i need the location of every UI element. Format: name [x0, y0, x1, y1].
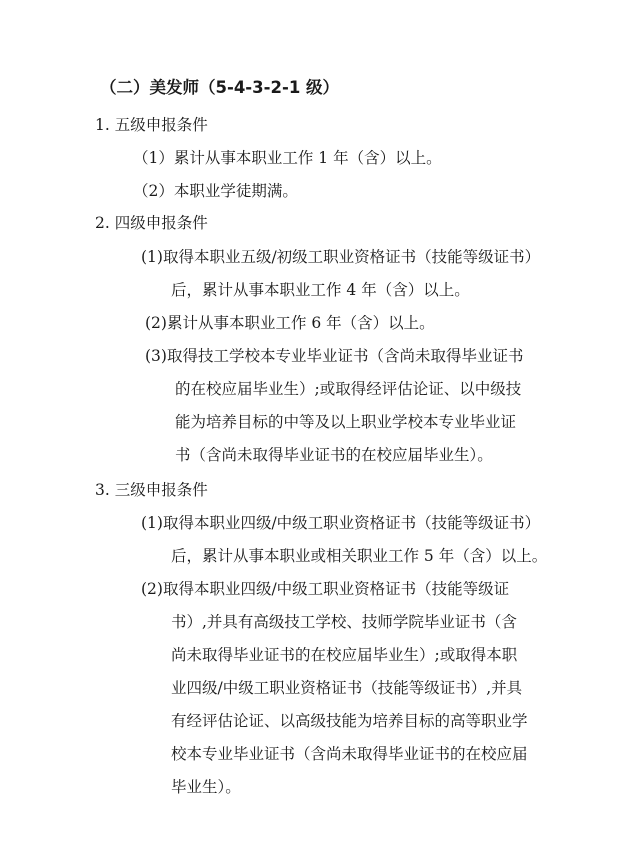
paragraph-line: 业四级/中级工职业资格证书（技能等级证书）,并具: [171, 678, 522, 698]
paragraph-line: 后，累计从事本职业或相关职业工作 5 年（含）以上。: [171, 546, 547, 566]
paragraph-line: 能为培养目标的中等及以上职业学校本专业毕业证: [175, 412, 516, 432]
heading-level-5: 1. 五级申报条件: [95, 115, 208, 135]
heading-level-4: 2. 四级申报条件: [95, 213, 208, 233]
paragraph-line: (1)取得本职业五级/初级工职业资格证书（技能等级证书）: [141, 247, 540, 267]
paragraph-line: 的在校应届毕业生）;或取得经评估论证、以中级技: [175, 379, 521, 399]
paragraph-line: 书（含尚未取得毕业证书的在校应届毕业生）。: [175, 445, 493, 465]
paragraph-line: (1)取得本职业四级/中级工职业资格证书（技能等级证书）: [141, 513, 540, 533]
paragraph-line: 后，累计从事本职业工作 4 年（含）以上。: [171, 280, 470, 300]
paragraph-line: （1）累计从事本职业工作 1 年（含）以上。: [133, 148, 442, 168]
paragraph-line: （2）本职业学徒期满。: [133, 181, 298, 201]
paragraph-line: 毕业生）。: [171, 777, 241, 797]
paragraph-line: (3)取得技工学校本专业毕业证书（含尚未取得毕业证书: [145, 346, 523, 366]
paragraph-line: 尚未取得毕业证书的在校应届毕业生）;或取得本职: [171, 645, 517, 665]
paragraph-line: (2)取得本职业四级/中级工职业资格证书（技能等级证: [141, 579, 509, 599]
paragraph-line: (2)累计从事本职业工作 6 年（含）以上。: [145, 313, 435, 333]
paragraph-line: 书）,并具有高级技工学校、技师学院毕业证书（含: [171, 612, 517, 632]
paragraph-line: 有经评估论证、以高级技能为培养目标的高等职业学: [171, 711, 528, 731]
paragraph-line: 校本专业毕业证书（含尚未取得毕业证书的在校应届: [171, 744, 528, 764]
heading-level-3: 3. 三级申报条件: [95, 480, 208, 500]
section-title: （二）美发师（5-4-3-2-1 级）: [100, 78, 339, 98]
